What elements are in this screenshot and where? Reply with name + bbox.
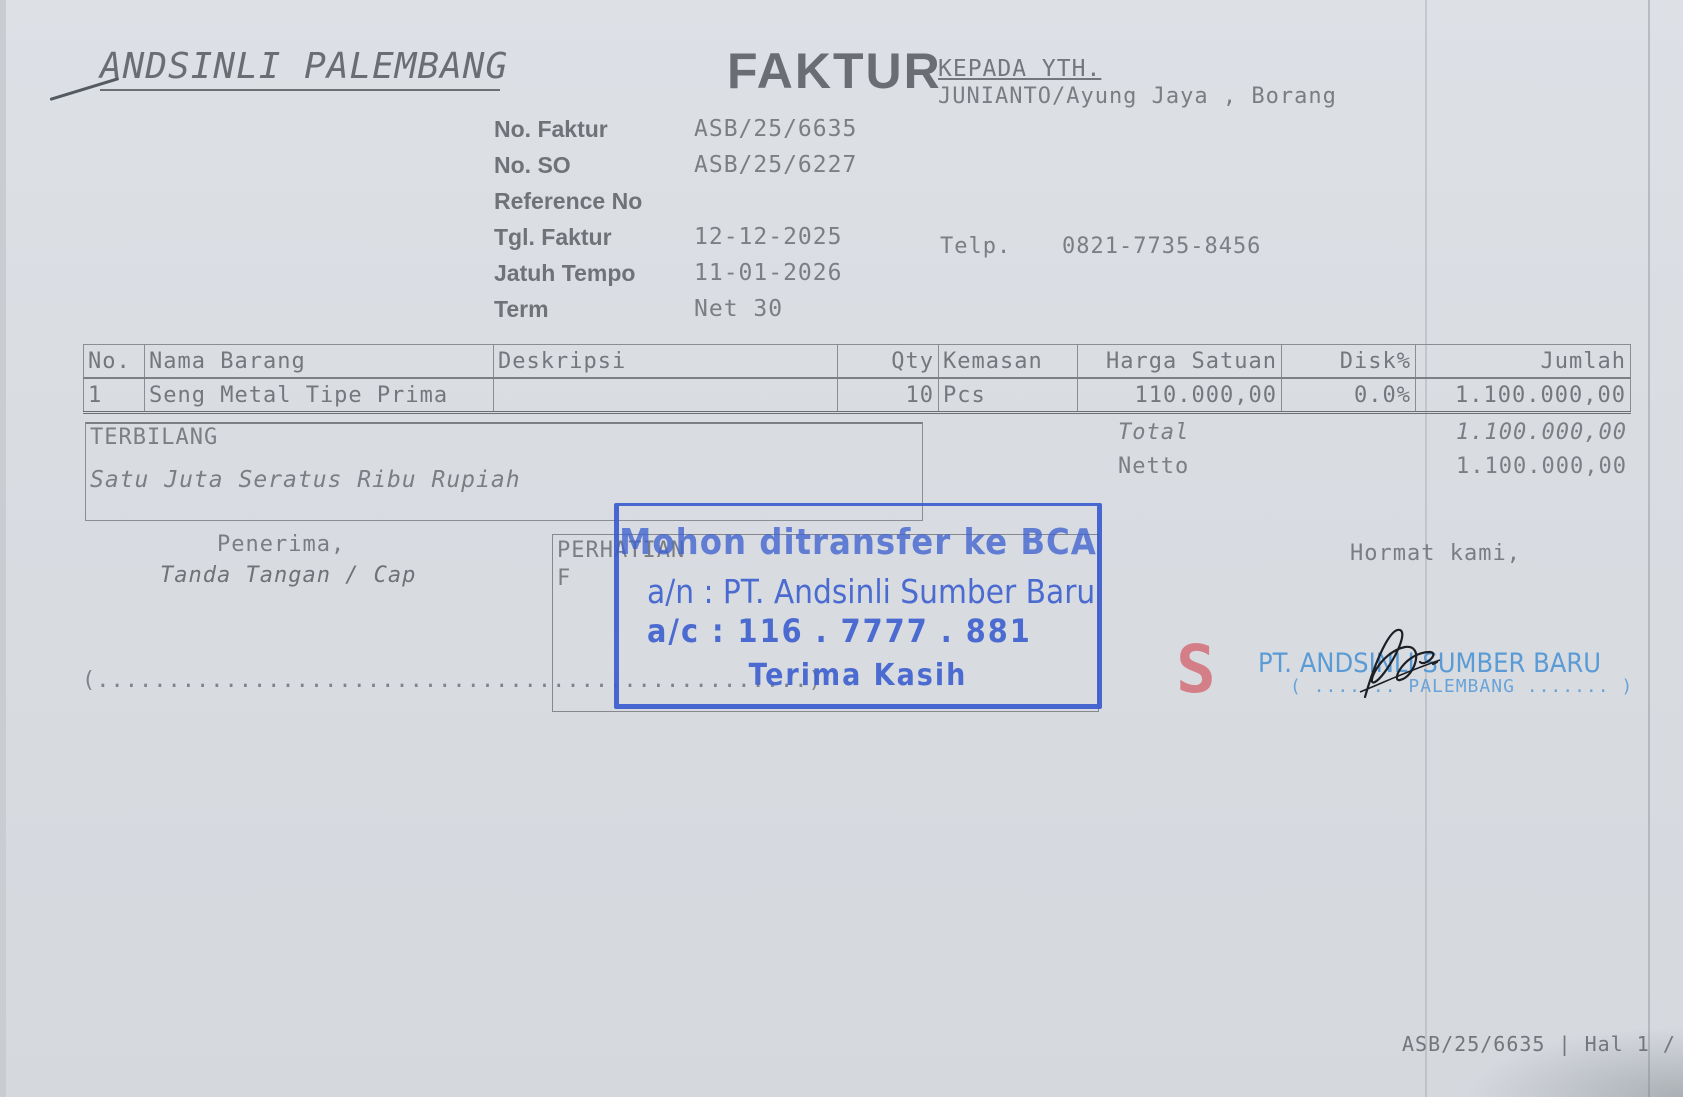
cell-no: 1	[84, 378, 145, 413]
cell-harga-satuan: 110.000,00	[1078, 378, 1282, 413]
meta-label-jatuh-tempo: Jatuh Tempo	[494, 260, 635, 287]
items-table: No. Nama Barang Deskripsi Qty Kemasan Ha…	[83, 344, 1631, 414]
paper-edge-right	[1648, 0, 1650, 1097]
col-no: No.	[84, 345, 145, 379]
terbilang-label: TERBILANG	[90, 425, 218, 450]
meta-label-no-faktur: No. Faktur	[494, 116, 608, 143]
table-header-row: No. Nama Barang Deskripsi Qty Kemasan Ha…	[84, 345, 1631, 379]
company-name: ANDSINLI PALEMBANG	[100, 46, 508, 87]
phone-value: 0821-7735-8456	[1062, 234, 1261, 259]
receiver-signature-caption: Tanda Tangan / Cap	[160, 563, 416, 588]
recipient-label: KEPADA YTH.	[938, 56, 1101, 82]
company-logo-icon: S	[1176, 636, 1228, 704]
stamp-line-account-number: a/c : 116 . 7777 . 881	[619, 612, 1125, 650]
document-title: FAKTUR	[727, 42, 942, 100]
stamp-line-thanks: Terima Kasih	[619, 658, 1097, 693]
meta-value-tgl-faktur: 12-12-2025	[694, 224, 842, 250]
notice-value: F	[557, 566, 571, 591]
bank-transfer-stamp: Mohon ditransfer ke BCA a/n : PT. Andsin…	[614, 503, 1102, 709]
meta-value-no-faktur: ASB/25/6635	[694, 116, 857, 142]
col-deskripsi: Deskripsi	[494, 345, 838, 379]
stamp-line-transfer: Mohon ditransfer ke BCA	[619, 522, 1097, 563]
meta-value-term: Net 30	[694, 296, 783, 322]
cell-deskripsi	[494, 378, 838, 413]
meta-label-no-so: No. SO	[494, 152, 571, 179]
netto-value: 1.100.000,00	[1456, 454, 1627, 479]
closing-text: Hormat kami,	[1350, 541, 1521, 566]
col-harga-satuan: Harga Satuan	[1078, 345, 1282, 379]
col-jumlah: Jumlah	[1416, 345, 1631, 379]
paper-edge	[0, 0, 6, 1097]
col-kemasan: Kemasan	[939, 345, 1078, 379]
meta-label-reference: Reference No	[494, 188, 642, 215]
signature-icon	[1345, 622, 1455, 702]
table-row: 1 Seng Metal Tipe Prima 10 Pcs 110.000,0…	[84, 378, 1631, 413]
meta-label-tgl-faktur: Tgl. Faktur	[494, 224, 612, 251]
meta-value-jatuh-tempo: 11-01-2026	[694, 260, 842, 286]
terbilang-value: Satu Juta Seratus Ribu Rupiah	[90, 467, 521, 493]
page-reference: ASB/25/6635 | Hal 1 / 1	[1402, 1032, 1683, 1056]
cell-disk: 0.0%	[1282, 378, 1416, 413]
cell-kemasan: Pcs	[939, 378, 1078, 413]
netto-label: Netto	[1118, 454, 1189, 479]
total-value: 1.100.000,00	[1456, 420, 1627, 445]
cell-jumlah: 1.100.000,00	[1416, 378, 1631, 413]
col-disk: Disk%	[1282, 345, 1416, 379]
company-underline	[100, 89, 500, 91]
col-qty: Qty	[838, 345, 939, 379]
total-label: Total	[1118, 420, 1189, 445]
receiver-label: Penerima,	[217, 532, 345, 557]
meta-label-term: Term	[494, 296, 549, 323]
stamp-line-account-name: a/n : PT. Andsinli Sumber Baru	[619, 572, 1125, 611]
phone-label: Telp.	[940, 234, 1011, 259]
col-nama-barang: Nama Barang	[145, 345, 494, 379]
recipient-name: JUNIANTO/Ayung Jaya , Borang	[938, 84, 1337, 109]
cell-qty: 10	[838, 378, 939, 413]
company-stamp-city: ( ....... PALEMBANG ....... )	[1290, 676, 1633, 697]
cell-nama-barang: Seng Metal Tipe Prima	[145, 378, 494, 413]
meta-value-no-so: ASB/25/6227	[694, 152, 857, 178]
